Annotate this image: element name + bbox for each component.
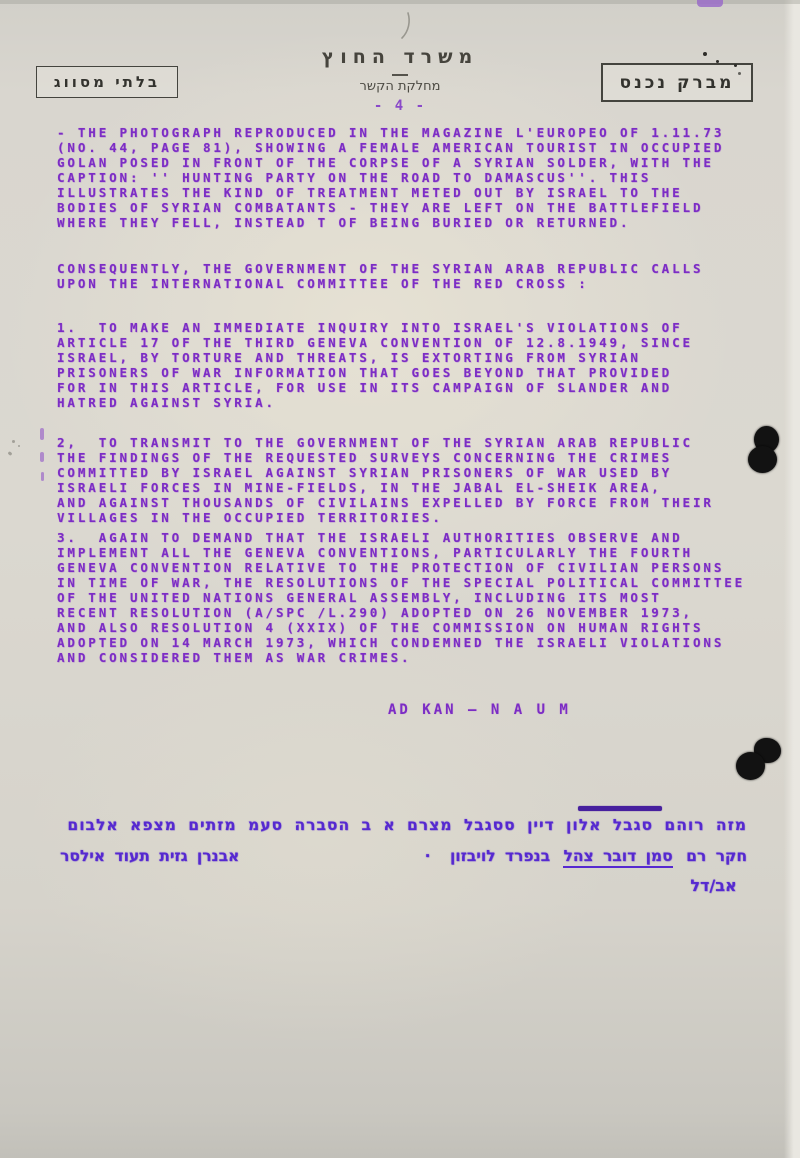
ink-speck (703, 52, 707, 56)
scanned-telegram-page: מברק נכנס בלתי מסווג משרד החוץ מחלקת הקש… (0, 0, 800, 1158)
title-divider-dash (392, 74, 408, 76)
paragraph-photograph: - THE PHOTOGRAPH REPRODUCED IN THE MAGAZ… (57, 125, 757, 230)
ink-speck (734, 64, 737, 67)
numbered-item-3: 3. AGAIN TO DEMAND THAT THE ISRAELI AUTH… (57, 530, 757, 665)
margin-speck (18, 445, 20, 447)
ink-blot-1 (748, 446, 777, 473)
department-subtitle: מחלקת הקשר (250, 79, 550, 94)
ink-blot-2 (736, 752, 765, 780)
dist-separator-dot: · (425, 847, 431, 865)
ink-bleed-mark (41, 472, 44, 481)
clerk-initials: אב/דל (680, 876, 747, 895)
margin-speck (12, 440, 15, 443)
paper-top-edge (0, 0, 800, 4)
ink-speck (738, 72, 741, 75)
incoming-telegram-box: מברק נכנס (601, 63, 753, 102)
classification-box: בלתי מסווג (36, 66, 178, 98)
margin-speck (8, 451, 13, 456)
signoff-line: AD KAN – N A U M (388, 702, 571, 718)
incoming-telegram-label: מברק נכנס (620, 73, 735, 93)
pen-stroke-mark (396, 11, 414, 45)
ministry-title: משרד החוץ (250, 46, 550, 68)
ink-speck (716, 60, 719, 63)
stamp-overline (578, 806, 662, 811)
paper-right-edge (784, 0, 800, 1158)
purple-smudge-mark (697, 0, 723, 7)
distribution-line2-right: חקר רם סמן דובר צהל בנפרד לויבזון · (425, 847, 747, 865)
paragraph-consequently: CONSEQUENTLY, THE GOVERNMENT OF THE SYRI… (57, 261, 757, 291)
ink-bleed-mark (40, 428, 44, 440)
classification-label: בלתי מסווג (54, 73, 160, 91)
dist-part-a: חקר רם (686, 847, 747, 865)
numbered-item-2: 2, TO TRANSMIT TO THE GOVERNMENT OF THE … (57, 435, 757, 525)
distribution-list-line-2: חקר רם סמן דובר צהל בנפרד לויבזון · אבנר… (60, 847, 747, 865)
dist-part-b-underlined: סמן דובר צהל (563, 847, 672, 868)
distribution-list-line-1: מזה רוהם סגבל אלון דיין ססגבל מצרם א ב ה… (45, 816, 747, 834)
numbered-item-1: 1. TO MAKE AN IMMEDIATE INQUIRY INTO ISR… (57, 320, 757, 410)
page-number: - 4 - (250, 98, 550, 114)
dist-part-c: בנפרד לויבזון (450, 847, 550, 865)
ink-bleed-mark (40, 452, 44, 462)
distribution-line2-left: אבנרן גזית תעוד אילסר (60, 847, 239, 865)
